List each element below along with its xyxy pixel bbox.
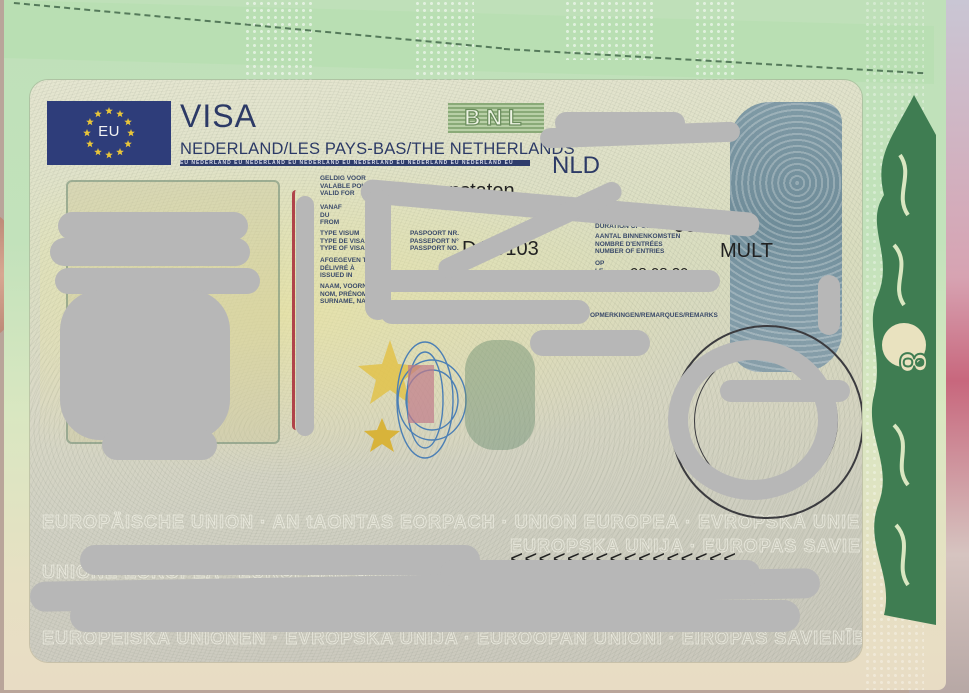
page-number: 8 <box>879 343 934 383</box>
label-issued-in: AFGEGEVEN TE DÉLIVRÉ À ISSUED IN <box>320 257 371 280</box>
redaction <box>296 196 314 436</box>
redaction <box>50 238 250 266</box>
redaction <box>720 380 850 402</box>
redaction <box>60 290 230 440</box>
bnl-logo: BNL <box>448 103 544 133</box>
microprint-band: EU NEDERLAND EU NEDERLAND EU NEDERLAND E… <box>180 160 530 166</box>
redaction <box>80 545 480 575</box>
redaction <box>530 330 650 356</box>
label-passport-no: PASPOORT NR. PASSEPORT N° PASSPORT No. <box>410 230 459 253</box>
eu-flag: EU <box>47 101 171 165</box>
hologram-icon <box>350 330 550 460</box>
redaction <box>380 300 590 324</box>
redaction <box>818 275 840 335</box>
eu-flag-label: EU <box>47 123 171 140</box>
page-dot-pattern <box>564 0 654 60</box>
redaction <box>440 560 760 586</box>
label-type-of-visa: TYPE VISUM TYPE DE VISA TYPE OF VISA <box>320 230 365 253</box>
redaction <box>102 430 217 460</box>
redaction <box>668 340 838 500</box>
label-from: VANAF DU FROM <box>320 204 342 227</box>
value-entries: MULT <box>720 240 773 263</box>
issuing-state-code: NLD <box>552 152 600 180</box>
label-remarks: OPMERKINGEN/REMARQUES/REMARKS <box>590 312 718 320</box>
issuing-country: NEDERLAND/LES PAYS-BAS/THE NETHERLANDS <box>180 140 575 159</box>
visa-title: VISA <box>180 98 257 135</box>
redaction <box>370 270 720 292</box>
redaction <box>58 212 248 240</box>
background-text: EUROPÄISCHE UNION · AN tAONTAS EORPACH ·… <box>42 512 860 533</box>
redaction <box>70 600 800 632</box>
page-dot-pattern <box>244 0 314 80</box>
label-entries: AANTAL BINNENKOMSTEN NOMBRE D'ENTRÉES NU… <box>595 233 680 256</box>
